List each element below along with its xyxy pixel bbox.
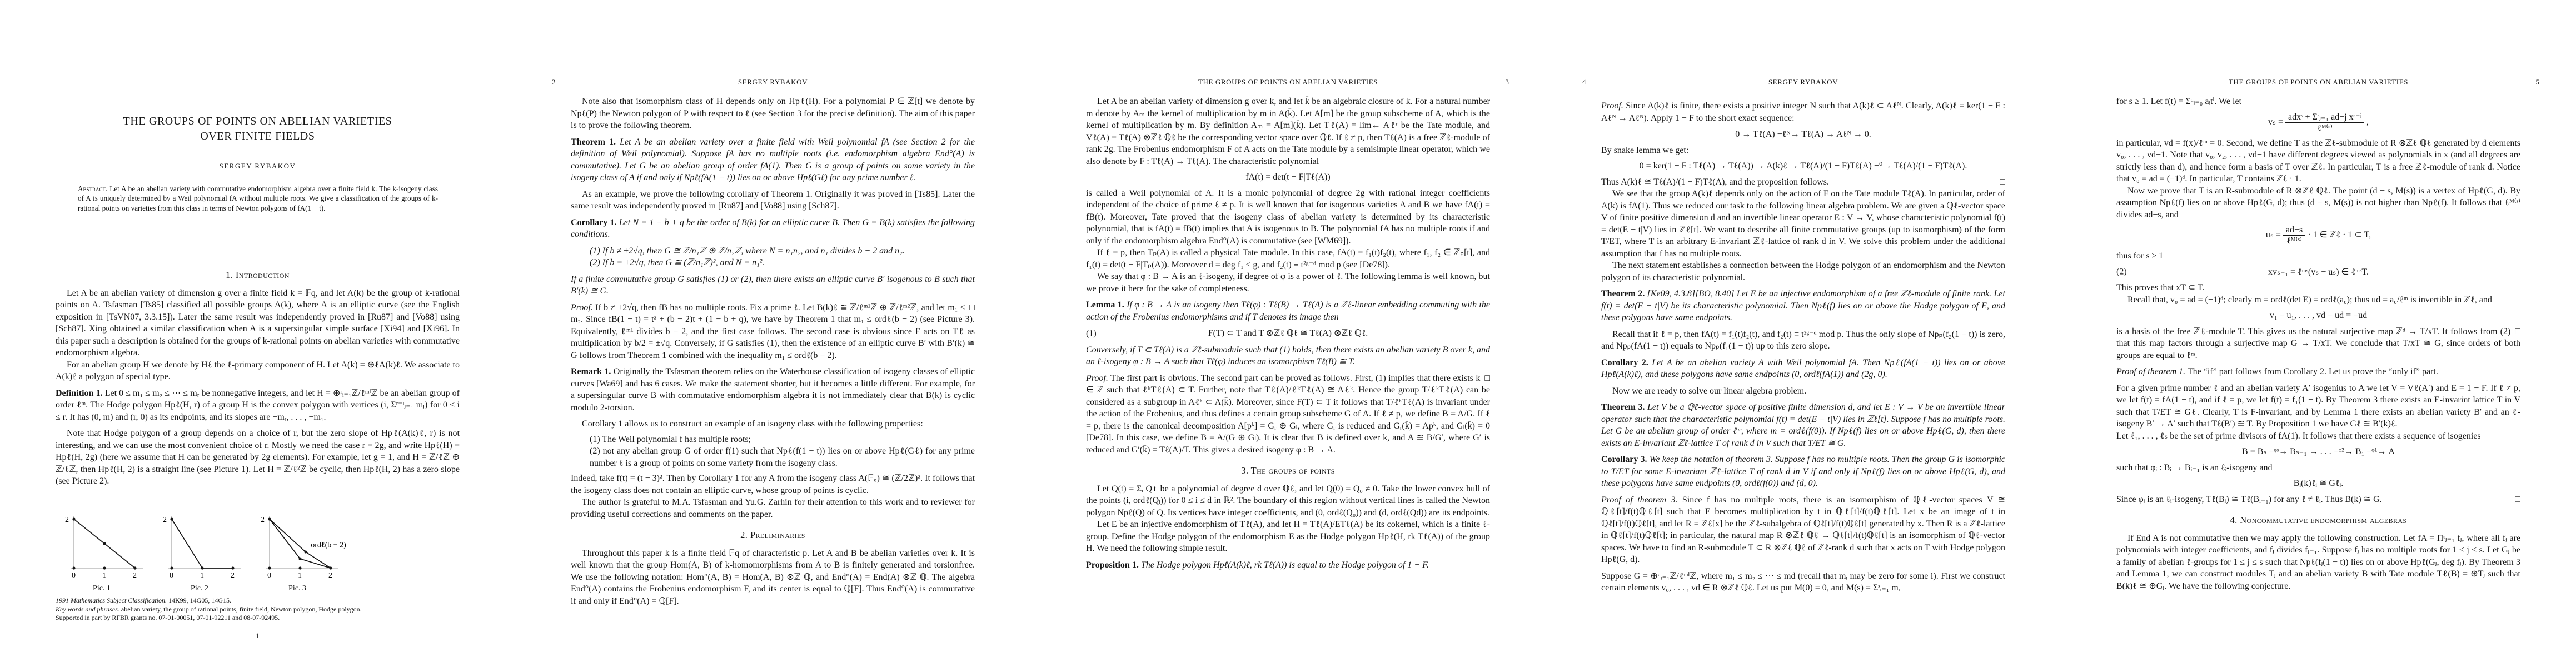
- equation-text: vₛ =: [2268, 117, 2285, 127]
- paragraph: Suppose G = ⊕ᵈᵢ₌₁ℤ/ℓᵐⁱℤ, where m₁ ≤ m₂ ≤…: [1601, 570, 2005, 594]
- curve-label: ordℓ(b − 2): [311, 541, 346, 550]
- figure: 2012ordℓ(b − 2)Pic. 3: [256, 512, 389, 593]
- vertex-dot: [72, 517, 75, 520]
- paragraph: Note that Hodge polygon of a group depen…: [56, 427, 460, 487]
- display-equation: v₁ − u₁, . . . , vd − ud = −ud: [2116, 310, 2520, 322]
- proof: □Proof. If b ≠ ±2√q, then fB has no mult…: [571, 302, 975, 362]
- page-5: THE GROUPS OF POINTS ON ABELIAN VARIETIE…: [2061, 0, 2576, 667]
- y-axis-label: 2: [163, 516, 167, 524]
- x-tick-label: 1: [200, 571, 204, 580]
- page-number: 4: [1582, 78, 1586, 87]
- display-equation: (2)xvₛ₋₁ = ℓᵐˢ(vₛ − uₛ) ∈ ℓᵐˢT.: [2116, 266, 2520, 278]
- x-tick-label: 2: [231, 571, 235, 580]
- theorem-text: Let A be an abelian variety over a finit…: [571, 137, 975, 183]
- paragraph: is called a Weil polynomial of A. It is …: [1086, 187, 1490, 247]
- paragraph-text: The next statement establishes a connect…: [1601, 261, 2005, 282]
- paragraph-text: We say that φ : B → A is an ℓ-isogeny, i…: [1086, 272, 1490, 293]
- equation-text: Bᵢ(k)ℓᵢ ≅ Gℓᵢ.: [2294, 479, 2343, 488]
- paragraph: We say that φ : B → A is an ℓ-isogeny, i…: [1086, 271, 1490, 295]
- figure-row: 2012Pic. 12012Pic. 22012ordℓ(b − 2)Pic. …: [60, 512, 389, 593]
- remark: Definition 1. Let 0 ≤ m₁ ≤ m₂ ≤ ⋯ ≤ mᵣ b…: [56, 387, 460, 424]
- running-head: 4 SERGEY RYBAKOV: [1582, 78, 2024, 87]
- page-number: 3: [1506, 78, 1509, 87]
- paragraph-text: Let E be an injective endomorphism of Tℓ…: [1086, 520, 1490, 553]
- paragraph-text: Indeed, take f(t) = (t − 3)². Then by Co…: [571, 474, 975, 495]
- remark-text: Let 0 ≤ m₁ ≤ m₂ ≤ ⋯ ≤ mᵣ be nonnegative …: [56, 389, 460, 422]
- equation-text: 0 = ker(1 − F : Tℓ(A) → Tℓ(A)) → A(k)ℓ →…: [1640, 161, 1967, 171]
- section-heading: 2. Preliminaries: [571, 529, 975, 541]
- proof-text: Since f has no multiple roots, there is …: [1601, 495, 2005, 565]
- fraction: adxˢ + Σˢⱼ₌₁ ad−j xˢ⁻ʲℓᴹ⁽ˢ⁾: [2285, 112, 2364, 133]
- paper-title: THE GROUPS OF POINTS ON ABELIAN VARIETIE…: [56, 114, 460, 144]
- theorem-text: Let V be a ℚℓ-vector space of positive f…: [1601, 402, 2005, 448]
- theorem-text: The Hodge polygon Hpℓ(A(k)ℓ, rk Tℓ(A)) i…: [1139, 560, 1429, 570]
- fraction-denominator: ℓᴹ⁽ˢ⁾: [2285, 122, 2364, 133]
- paragraph-text: such that φᵢ : Bᵢ → Bᵢ₋₁ is an ℓᵢ-isogen…: [2116, 463, 2272, 472]
- abstract: Abstract. Let A be an abelian variety wi…: [78, 184, 438, 213]
- running-head-title: THE GROUPS OF POINTS ON ABELIAN VARIETIE…: [1067, 78, 1509, 87]
- paragraph: Indeed, take f(t) = (t − 3)². Then by Co…: [571, 472, 975, 496]
- proof: Proof of theorem 3. Since f has no multi…: [1601, 494, 2005, 566]
- running-head-title: SERGEY RYBAKOV: [552, 78, 994, 87]
- list-item: (2) not any abelian group G of order f(1…: [571, 445, 975, 469]
- theorem-label: Corollary 3.: [1601, 455, 1647, 464]
- paragraph-text: The author is grateful to M.A. Tsfasman …: [571, 497, 975, 519]
- equation-text: 0 → Tℓ(A) −ℓᴺ→ Tℓ(A) → Aℓᴺ → 0.: [1735, 130, 1871, 139]
- vertex-dot: [72, 566, 75, 569]
- vertex-dot: [170, 566, 173, 569]
- theorem-label: Corollary 2.: [1601, 358, 1648, 367]
- section-heading: 3. The groups of points: [1086, 465, 1490, 477]
- paragraph: Let A be an abelian variety of dimension…: [1086, 96, 1490, 167]
- paragraph: Note also that isomorphism class of H de…: [571, 96, 975, 132]
- remark-text: Originally the Tsfasman theorem relies o…: [571, 367, 975, 412]
- paragraph: Now we prove that T is an R-submodule of…: [2116, 185, 2520, 221]
- display-equation: uₛ = ad−sℓᴹ⁽ˢ⁾ · 1 ∈ ℤℓ · 1 ⊂ T,: [2116, 225, 2520, 246]
- figure-caption: Pic. 3: [256, 584, 339, 593]
- page-1: THE GROUPS OF POINTS ON ABELIAN VARIETIE…: [0, 0, 516, 667]
- page-number: 2: [552, 78, 556, 87]
- polygon-plot: 2012: [60, 512, 143, 580]
- footnotes: 1991 Mathematics Subject Classification.…: [56, 596, 460, 623]
- paragraph-text: Note also that isomorphism class of H de…: [571, 97, 975, 130]
- equation-text: B = Bₛ −ᵠˢ→ Bₛ₋₁ → . . . −ᵠ²→ B₁ −ᵠ¹→ A: [2242, 447, 2395, 456]
- paragraph: □is a basis of the free ℤℓ-module T. Thi…: [2116, 326, 2520, 362]
- equation-text: fA(t) = det(t − F|Tℓ(A)): [1245, 172, 1330, 182]
- proof-label: Proof.: [1086, 374, 1108, 383]
- paragraph-text: Let A be an abelian variety of dimension…: [1086, 97, 1490, 166]
- paragraph: Recall that, v₀ = ad = (−1)ᵈ; clearly m …: [2116, 294, 2520, 306]
- running-head: THE GROUPS OF POINTS ON ABELIAN VARIETIE…: [1067, 78, 1509, 87]
- paragraph: Recall that if ℓ = p, then fA(t) = f₁(t)…: [1601, 328, 2005, 352]
- display-equation: (1)F(T) ⊂ T and T ⊗ℤℓ ℚℓ ≅ Tℓ(A) ⊗ℤℓ ℚℓ.: [1086, 327, 1490, 340]
- x-tick-label: 0: [72, 571, 76, 580]
- running-head: THE GROUPS OF POINTS ON ABELIAN VARIETIE…: [2097, 78, 2539, 87]
- paragraph-text: Corollary 1 allows us to construct an ex…: [582, 419, 923, 429]
- proof: □Proof. The first part is obvious. The s…: [1086, 372, 1490, 456]
- equation-text: v₁ − u₁, . . . , vd − ud = −ud: [2270, 311, 2367, 320]
- display-equation: vₛ = adxˢ + Σˢⱼ₌₁ ad−j xˢ⁻ʲℓᴹ⁽ˢ⁾ ,: [2116, 112, 2520, 133]
- proof-text: Since A(k)ℓ is finite, there exists a po…: [1601, 101, 2005, 123]
- footnote-rule: [56, 593, 145, 593]
- running-head-title: SERGEY RYBAKOV: [1582, 78, 2024, 87]
- figure-caption: Pic. 2: [158, 584, 241, 593]
- running-head: 2 SERGEY RYBAKOV: [552, 78, 994, 87]
- qed-symbol: □: [2515, 326, 2520, 338]
- page-4-body: Proof. Since A(k)ℓ is finite, there exis…: [1601, 96, 2005, 594]
- equation-text: xvₛ₋₁ = ℓᵐˢ(vₛ − uₛ) ∈ ℓᵐˢT.: [2268, 267, 2369, 277]
- theorem-text: We keep the notation of theorem 3. Suppo…: [1601, 455, 2005, 488]
- paragraph-text: If ℓ = p, then Tₚ(A) is called a physica…: [1086, 248, 1490, 270]
- figure: 2012Pic. 1: [60, 512, 143, 593]
- paragraph-text: As an example, we prove the following co…: [571, 190, 975, 211]
- enumerated-list: (1) If b ≠ ±2√q, then G ≅ ℤ/n₁ℤ ⊕ ℤ/n₂ℤ,…: [571, 245, 975, 269]
- proof-label: Proof of theorem 1.: [2116, 367, 2185, 376]
- paragraph-text: This proves that xT ⊂ T.: [2116, 283, 2204, 292]
- list-item: (2) If b = ±2√q, then G ≅ (ℤ/n₁ℤ)², and …: [571, 257, 975, 269]
- paragraph: The next statement establishes a connect…: [1601, 260, 2005, 283]
- vertex-dot: [170, 517, 173, 520]
- proof-label: Proof.: [1601, 101, 1623, 111]
- y-axis-label: 2: [261, 516, 265, 524]
- paragraph: Let Q(t) = Σᵢ Qᵢtⁱ be a polynomial of de…: [1086, 483, 1490, 519]
- vertex-dot: [298, 566, 301, 569]
- axes: [168, 516, 241, 568]
- paragraph-text: If End A is not commutative then we may …: [2116, 534, 2520, 591]
- paragraph: such that φᵢ : Bᵢ → Bᵢ₋₁ is an ℓᵢ-isogen…: [2116, 462, 2520, 474]
- paragraph-text: Recall that if ℓ = p, then fA(t) = f₁(t)…: [1601, 330, 2005, 351]
- theorem-text: Let N = 1 − b + q be the order of B(k) f…: [571, 218, 975, 240]
- figure: 2012Pic. 2: [158, 512, 241, 593]
- qed-symbol: □: [2515, 494, 2520, 506]
- paragraph: Throughout this paper k is a finite fiel…: [571, 547, 975, 608]
- paragraph-text: Thus A(k)ℓ ≅ Tℓ(A)/(1 − F)Tℓ(A), and the…: [1601, 177, 1829, 187]
- paragraph-text: By snake lemma we get:: [1601, 146, 1688, 155]
- paragraph: Corollary 1 allows us to construct an ex…: [571, 418, 975, 430]
- paragraph-text: For a given prime number ℓ and an abelia…: [2116, 384, 2520, 429]
- theorem-text: [Ke09, 4.3.8][BO, 8.40] Let E be an inje…: [1601, 289, 2005, 322]
- axes: [71, 516, 143, 568]
- x-tick-label: 0: [170, 571, 173, 580]
- author: SERGEY RYBAKOV: [56, 162, 460, 171]
- proof-text: If b ≠ ±2√q, then fB has no multiple roo…: [571, 303, 975, 360]
- paragraph-text: Let Q(t) = Σᵢ Qᵢtⁱ be a polynomial of de…: [1086, 484, 1490, 517]
- fraction-numerator: adxˢ + Σˢⱼ₌₁ ad−j xˢ⁻ʲ: [2285, 112, 2364, 122]
- vertex-dot: [133, 566, 136, 569]
- paragraph: Let ℓ₁, . . . , ℓₛ be the set of prime d…: [2116, 430, 2520, 442]
- equation-number: (1): [1086, 327, 1097, 340]
- x-tick-label: 1: [298, 571, 302, 580]
- paragraph: If ℓ = p, then Tₚ(A) is called a physica…: [1086, 247, 1490, 271]
- paragraph-text: is a basis of the free ℤℓ-module T. This…: [2116, 327, 2520, 360]
- abstract-label: Abstract.: [78, 185, 107, 193]
- fraction-numerator: ad−s: [2283, 225, 2305, 235]
- paragraph: If End A is not commutative then we may …: [2116, 532, 2520, 593]
- footnote-keywords: Key words and phrases. abelian variety, …: [56, 605, 460, 614]
- theorem: Theorem 3. Let V be a ℚℓ-vector space of…: [1601, 401, 2005, 449]
- footnote-classification: 1991 Mathematics Subject Classification.…: [56, 596, 460, 605]
- paragraph: Let E be an injective endomorphism of Tℓ…: [1086, 519, 1490, 555]
- section-heading: 1. Introduction: [56, 269, 460, 281]
- fraction-denominator: ℓᴹ⁽ˢ⁾: [2283, 235, 2305, 246]
- paragraph: As an example, we prove the following co…: [571, 188, 975, 212]
- page-3: THE GROUPS OF POINTS ON ABELIAN VARIETIE…: [1030, 0, 1546, 667]
- running-head-title: THE GROUPS OF POINTS ON ABELIAN VARIETIE…: [2097, 78, 2539, 87]
- equation-text: ,: [2364, 117, 2369, 127]
- paragraph: Let A be an abelian variety of dimension…: [56, 287, 460, 359]
- proof-text: The “if” part follows from Corollary 2. …: [2185, 367, 2438, 376]
- paragraph-text: thus for s ≥ 1: [2116, 251, 2163, 261]
- paragraph-text: Since φᵢ is an ℓᵢ-isogeny, Tℓ(Bᵢ) ≅ Tℓ(B…: [2116, 495, 2382, 504]
- paragraph: The author is grateful to M.A. Tsfasman …: [571, 496, 975, 520]
- paper-scan: arXiv:0903.0106v4 [math.AG] 30 Jun 2010 …: [0, 0, 2576, 667]
- vertex-dot: [268, 566, 271, 569]
- paragraph: For an abelian group H we denote by Hℓ t…: [56, 359, 460, 383]
- equation-text: · 1 ∈ ℤℓ · 1 ⊂ T,: [2305, 230, 2371, 240]
- theorem: Corollary 3. We keep the notation of the…: [1601, 454, 2005, 490]
- x-tick-label: 2: [328, 571, 332, 580]
- proof-label: Proof.: [571, 303, 593, 312]
- paragraph-text: in particular, vd = f(x)/ℓᵐ = 0. Second,…: [2116, 138, 2520, 184]
- vertex-dot: [103, 566, 106, 569]
- proof-text: The first part is obvious. The second pa…: [1086, 374, 1490, 455]
- page-5-body: for s ≥ 1. Let f(t) = Σᵈᵢ₌₀ aᵢtⁱ. We let…: [2116, 96, 2520, 592]
- list-item: (1) If b ≠ ±2√q, then G ≅ ℤ/n₁ℤ ⊕ ℤ/n₂ℤ,…: [571, 245, 975, 257]
- vertex-dot: [231, 566, 234, 569]
- theorem: Theorem 1. Let A be an abelian variety o…: [571, 136, 975, 184]
- title-line-1: THE GROUPS OF POINTS ON ABELIAN VARIETIE…: [56, 114, 460, 129]
- theorem-label: Corollary 1.: [571, 218, 617, 227]
- display-equation: Bᵢ(k)ℓᵢ ≅ Gℓᵢ.: [2116, 477, 2520, 490]
- theorem-label: Theorem 1.: [571, 137, 616, 147]
- page-number: 1: [56, 631, 460, 640]
- enumerated-list: (1) The Weil polynomial f has multiple r…: [571, 434, 975, 470]
- vertex-dot: [268, 517, 271, 520]
- vertex-dot: [329, 566, 332, 569]
- page-2: 2 SERGEY RYBAKOV Note also that isomorph…: [515, 0, 1031, 667]
- paragraph-text: We see that the group A(k)ℓ depends only…: [1601, 189, 2005, 258]
- qed-symbol: □: [2000, 176, 2005, 188]
- paragraph-text: for s ≥ 1. Let f(t) = Σᵈᵢ₌₀ aᵢtⁱ. We let: [2116, 97, 2241, 106]
- display-equation: B = Bₛ −ᵠˢ→ Bₛ₋₁ → . . . −ᵠ²→ B₁ −ᵠ¹→ A: [2116, 446, 2520, 458]
- x-tick-label: 1: [102, 571, 106, 580]
- theorem: Theorem 2. [Ke09, 4.3.8][BO, 8.40] Let E…: [1601, 288, 2005, 324]
- qed-symbol: □: [969, 302, 975, 314]
- theorem: Corollary 2. Let A be an abelian variety…: [1601, 357, 2005, 381]
- qed-symbol: □: [1484, 372, 1490, 385]
- vertex-dot: [201, 566, 203, 569]
- polygon-plot: 2012ordℓ(b − 2): [256, 512, 389, 580]
- theorem-text: If φ : B → A is an isogeny then Tℓ(φ) : …: [1086, 300, 1490, 322]
- theorem-label: Proposition 1.: [1086, 560, 1139, 570]
- page-4: 4 SERGEY RYBAKOV Proof. Since A(k)ℓ is f…: [1546, 0, 2061, 667]
- paragraph: □Since φᵢ is an ℓᵢ-isogeny, Tℓ(Bᵢ) ≅ Tℓ(…: [2116, 494, 2520, 506]
- fraction: ad−sℓᴹ⁽ˢ⁾: [2283, 225, 2305, 246]
- proof-label: Proof of theorem 3.: [1601, 495, 1677, 505]
- theorem-label: Theorem 3.: [1601, 402, 1645, 412]
- paragraph: Now we are ready to solve our linear alg…: [1601, 385, 2005, 397]
- section-heading: 4. Noncommutative endomorphism algebras: [2116, 514, 2520, 526]
- paragraph-text: Now we prove that T is an R-submodule of…: [2116, 186, 2520, 220]
- paragraph: thus for s ≥ 1: [2116, 250, 2520, 262]
- equation-number: (2): [2116, 266, 2127, 278]
- equation-text: F(T) ⊂ T and T ⊗ℤℓ ℚℓ ≅ Tℓ(A) ⊗ℤℓ ℚℓ.: [1208, 328, 1368, 338]
- paragraph-text: Let A be an abelian variety of dimension…: [56, 288, 460, 358]
- page-3-body: Let A be an abelian variety of dimension…: [1086, 96, 1490, 575]
- paragraph: For a given prime number ℓ and an abelia…: [2116, 382, 2520, 430]
- vertex-dot: [103, 542, 106, 545]
- paragraph: By snake lemma we get:: [1601, 145, 2005, 157]
- paragraph: We see that the group A(k)ℓ depends only…: [1601, 188, 2005, 260]
- remark-label: Definition 1.: [56, 389, 103, 398]
- display-equation: fA(t) = det(t − F|Tℓ(A)): [1086, 171, 1490, 183]
- x-tick-label: 2: [133, 571, 137, 580]
- theorem-label: Lemma 1.: [1086, 300, 1124, 310]
- paragraph-text: Let ℓ₁, . . . , ℓₛ be the set of prime d…: [2116, 431, 2481, 441]
- theorem-text: Let A be an abelian variety A with Weil …: [1601, 358, 2005, 380]
- paragraph-text: Note that Hodge polygon of a group depen…: [56, 429, 460, 486]
- theorem: Proposition 1. The Hodge polygon Hpℓ(A(k…: [1086, 559, 1490, 571]
- equation-text: uₛ =: [2266, 230, 2283, 240]
- theorem-label: Theorem 2.: [1601, 289, 1645, 298]
- proof: Proof of theorem 1. The “if” part follow…: [2116, 366, 2520, 378]
- y-axis-label: 2: [65, 516, 69, 524]
- paragraph-text: Now we are ready to solve our linear alg…: [1612, 386, 1806, 396]
- page-2-body: Note also that isomorphism class of H de…: [571, 96, 975, 607]
- vertex-dot: [304, 550, 307, 553]
- title-line-2: OVER FINITE FIELDS: [56, 129, 460, 144]
- page-1-body: 1. IntroductionLet A be an abelian varie…: [56, 260, 460, 487]
- statement-continuation: Conversely, if T ⊂ Tℓ(A) is a ℤℓ-submodu…: [1086, 344, 1490, 368]
- abstract-text: Let A be an abelian variety with commuta…: [78, 185, 438, 212]
- x-tick-label: 0: [267, 571, 271, 580]
- paragraph: for s ≥ 1. Let f(t) = Σᵈᵢ₌₀ aᵢtⁱ. We let: [2116, 96, 2520, 108]
- statement-continuation: If a finite commutative group G satisfie…: [571, 273, 975, 297]
- paragraph: □Thus A(k)ℓ ≅ Tℓ(A)/(1 − F)Tℓ(A), and th…: [1601, 176, 2005, 188]
- paragraph-text: Recall that, v₀ = ad = (−1)ᵈ; clearly m …: [2127, 295, 2492, 305]
- paragraph: This proves that xT ⊂ T.: [2116, 282, 2520, 294]
- remark: Remark 1. Originally the Tsfasman theore…: [571, 366, 975, 414]
- display-equation: 0 = ker(1 − F : Tℓ(A) → Tℓ(A)) → A(k)ℓ →…: [1601, 160, 2005, 172]
- paragraph-text: For an abelian group H we denote by Hℓ t…: [56, 360, 460, 382]
- paragraph: in particular, vd = f(x)/ℓᵐ = 0. Second,…: [2116, 137, 2520, 185]
- polygon-plot: 2012: [158, 512, 241, 580]
- paragraph-text: Suppose G = ⊕ᵈᵢ₌₁ℤ/ℓᵐⁱℤ, where m₁ ≤ m₂ ≤…: [1601, 571, 2005, 593]
- paragraph-text: Throughout this paper k is a finite fiel…: [571, 549, 975, 606]
- list-item: (1) The Weil polynomial f has multiple r…: [571, 434, 975, 446]
- figure-caption: Pic. 1: [60, 584, 143, 593]
- theorem: Corollary 1. Let N = 1 − b + q be the or…: [571, 217, 975, 241]
- remark-label: Remark 1.: [571, 367, 611, 376]
- vertex-dot: [298, 558, 301, 560]
- proof: Proof. Since A(k)ℓ is finite, there exis…: [1601, 100, 2005, 124]
- page-number: 5: [2536, 78, 2540, 87]
- display-equation: 0 → Tℓ(A) −ℓᴺ→ Tℓ(A) → Aℓᴺ → 0.: [1601, 128, 2005, 141]
- paragraph-text: is called a Weil polynomial of A. It is …: [1086, 188, 1490, 246]
- footnote-support: Supported in part by RFBR grants no. 07-…: [56, 614, 460, 623]
- theorem: Lemma 1. If φ : B → A is an isogeny then…: [1086, 299, 1490, 323]
- polygon-line: [172, 519, 233, 568]
